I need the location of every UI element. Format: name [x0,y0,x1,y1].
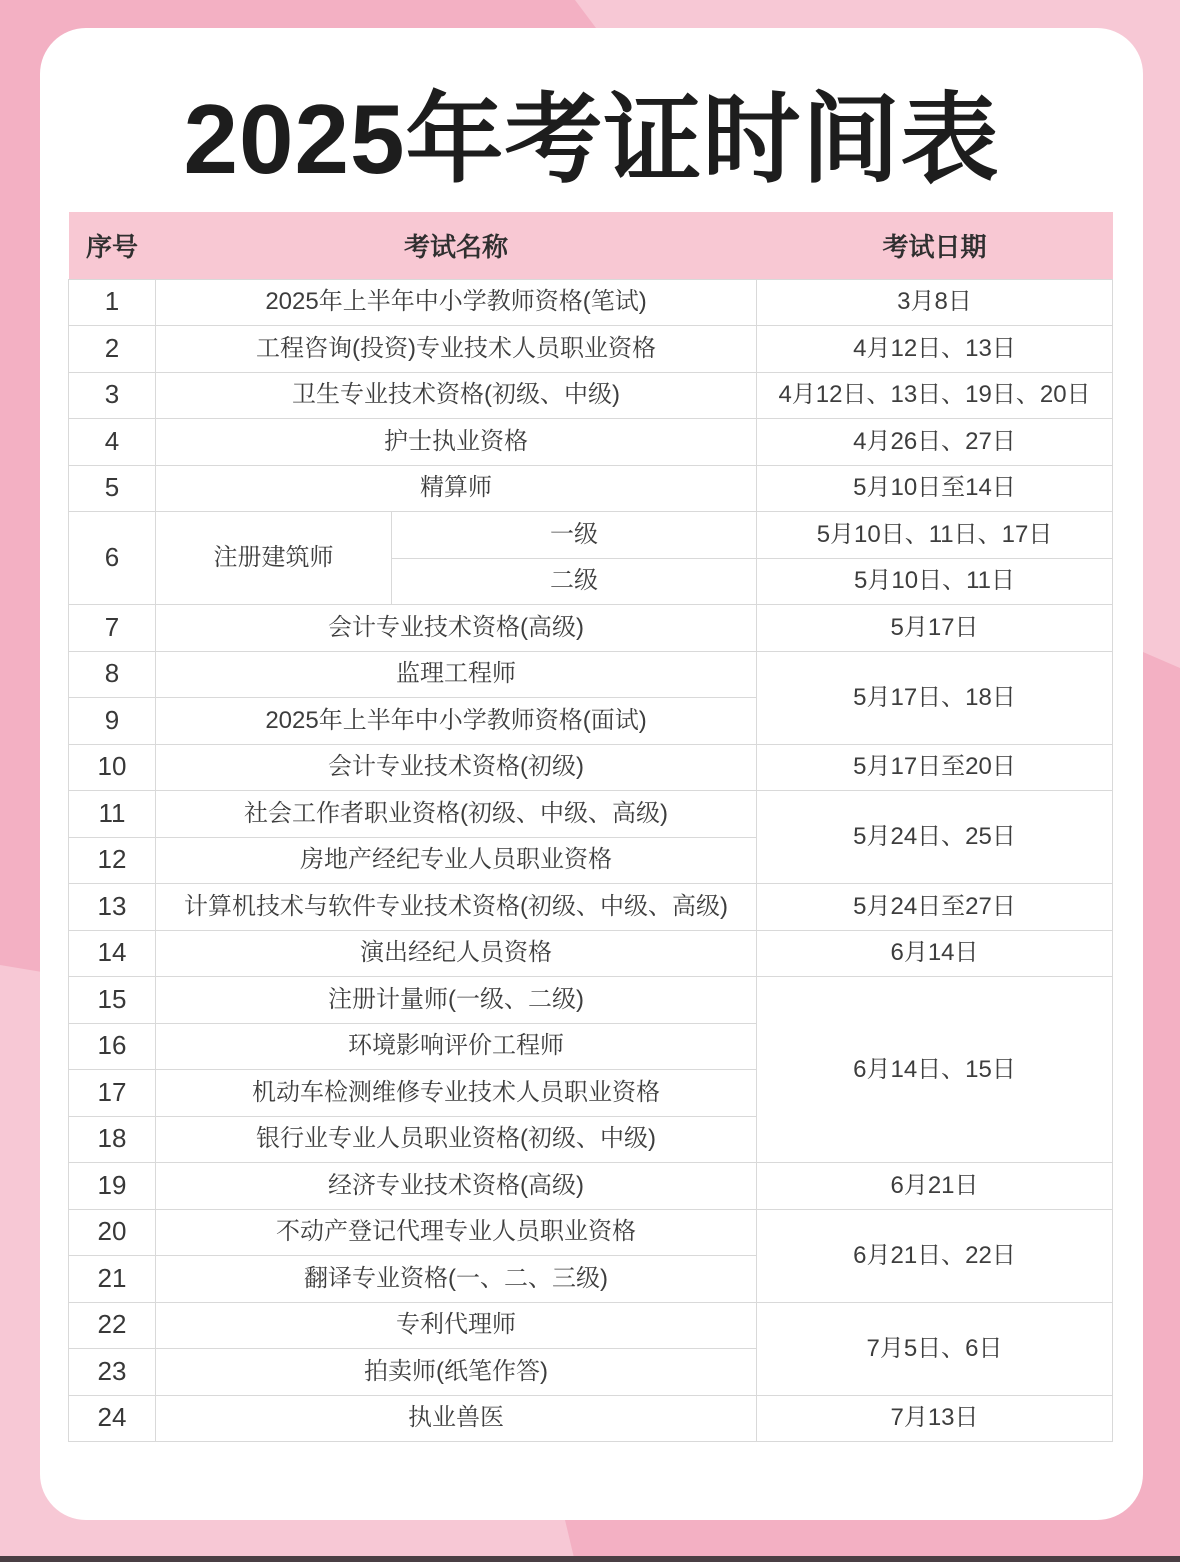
cell-exam-date: 4月12日、13日 [757,326,1113,373]
cell-row-number: 9 [69,698,156,745]
cell-row-number: 16 [69,1023,156,1070]
content-card: 2025年考证时间表 序号 考试名称 考试日期 1 2025年上半年中小学教师资… [40,28,1143,1520]
table-row: 13 计算机技术与软件专业技术资格(初级、中级、高级) 5月24日至27日 [69,884,1113,931]
cell-row-number: 19 [69,1163,156,1210]
cell-exam-date: 5月17日至20日 [757,744,1113,791]
cell-row-number: 10 [69,744,156,791]
cell-row-number: 11 [69,791,156,838]
cell-exam-date: 5月24日、25日 [757,791,1113,884]
cell-exam-sublevel: 二级 [392,558,757,605]
cell-row-number: 14 [69,930,156,977]
table-row: 19 经济专业技术资格(高级) 6月21日 [69,1163,1113,1210]
cell-exam-name: 社会工作者职业资格(初级、中级、高级) [156,791,757,838]
cell-row-number: 12 [69,837,156,884]
cell-exam-name: 2025年上半年中小学教师资格(笔试) [156,279,757,326]
cell-row-number: 20 [69,1209,156,1256]
table-row: 24 执业兽医 7月13日 [69,1395,1113,1442]
cell-exam-name: 翻译专业资格(一、二、三级) [156,1256,757,1303]
cell-exam-name: 卫生专业技术资格(初级、中级) [156,372,757,419]
table-row: 1 2025年上半年中小学教师资格(笔试) 3月8日 [69,279,1113,326]
cell-row-number: 2 [69,326,156,373]
cell-exam-date: 4月26日、27日 [757,419,1113,466]
cell-exam-date: 5月10日、11日 [757,558,1113,605]
cell-exam-date: 5月10日至14日 [757,465,1113,512]
cell-exam-date: 5月17日 [757,605,1113,652]
cell-row-number: 3 [69,372,156,419]
cell-exam-name: 不动产登记代理专业人员职业资格 [156,1209,757,1256]
cell-exam-date: 5月10日、11日、17日 [757,512,1113,559]
cell-row-number: 8 [69,651,156,698]
cell-exam-name: 经济专业技术资格(高级) [156,1163,757,1210]
cell-exam-date: 5月24日至27日 [757,884,1113,931]
cell-exam-name: 计算机技术与软件专业技术资格(初级、中级、高级) [156,884,757,931]
table-row: 3 卫生专业技术资格(初级、中级) 4月12日、13日、19日、20日 [69,372,1113,419]
cell-exam-name: 拍卖师(纸笔作答) [156,1349,757,1396]
table-row: 20 不动产登记代理专业人员职业资格 6月21日、22日 [69,1209,1113,1256]
cell-row-number: 5 [69,465,156,512]
cell-exam-name: 执业兽医 [156,1395,757,1442]
cell-exam-date: 6月14日 [757,930,1113,977]
cell-row-number: 24 [69,1395,156,1442]
cell-exam-date: 5月17日、18日 [757,651,1113,744]
cell-row-number: 4 [69,419,156,466]
cell-row-number: 7 [69,605,156,652]
cell-exam-name: 精算师 [156,465,757,512]
cell-exam-name: 环境影响评价工程师 [156,1023,757,1070]
cell-exam-name: 专利代理师 [156,1302,757,1349]
cell-row-number: 17 [69,1070,156,1117]
cell-exam-name: 会计专业技术资格(高级) [156,605,757,652]
cell-exam-date: 4月12日、13日、19日、20日 [757,372,1113,419]
cell-exam-date: 6月14日、15日 [757,977,1113,1163]
cell-exam-name: 房地产经纪专业人员职业资格 [156,837,757,884]
cell-exam-date: 3月8日 [757,279,1113,326]
cell-exam-date: 6月21日 [757,1163,1113,1210]
cell-exam-name: 演出经纪人员资格 [156,930,757,977]
table-row: 10 会计专业技术资格(初级) 5月17日至20日 [69,744,1113,791]
cell-exam-name: 监理工程师 [156,651,757,698]
table-row: 8 监理工程师 5月17日、18日 [69,651,1113,698]
header-row: 序号 考试名称 考试日期 [69,212,1113,279]
bottom-edge-bar [0,1556,1180,1562]
table-row: 6 注册建筑师 一级 5月10日、11日、17日 [69,512,1113,559]
table-row: 15 注册计量师(一级、二级) 6月14日、15日 [69,977,1113,1024]
cell-exam-name: 会计专业技术资格(初级) [156,744,757,791]
table-row: 22 专利代理师 7月5日、6日 [69,1302,1113,1349]
cell-row-number: 22 [69,1302,156,1349]
table-row: 5 精算师 5月10日至14日 [69,465,1113,512]
table-row: 11 社会工作者职业资格(初级、中级、高级) 5月24日、25日 [69,791,1113,838]
cell-exam-name: 护士执业资格 [156,419,757,466]
table-row: 4 护士执业资格 4月26日、27日 [69,419,1113,466]
cell-exam-sublevel: 一级 [392,512,757,559]
col-header-name: 考试名称 [156,212,757,279]
cell-exam-name: 注册建筑师 [156,512,392,605]
cell-row-number: 23 [69,1349,156,1396]
col-header-date: 考试日期 [757,212,1113,279]
cell-exam-name: 2025年上半年中小学教师资格(面试) [156,698,757,745]
cell-row-number: 15 [69,977,156,1024]
cell-exam-date: 6月21日、22日 [757,1209,1113,1302]
table-row: 7 会计专业技术资格(高级) 5月17日 [69,605,1113,652]
cell-row-number: 6 [69,512,156,605]
cell-exam-name: 机动车检测维修专业技术人员职业资格 [156,1070,757,1117]
cell-row-number: 21 [69,1256,156,1303]
cell-row-number: 13 [69,884,156,931]
col-header-no: 序号 [69,212,156,279]
exam-schedule-table: 序号 考试名称 考试日期 1 2025年上半年中小学教师资格(笔试) 3月8日 … [68,212,1113,1442]
cell-row-number: 1 [69,279,156,326]
cell-exam-name: 银行业专业人员职业资格(初级、中级) [156,1116,757,1163]
cell-exam-date: 7月13日 [757,1395,1113,1442]
cell-row-number: 18 [69,1116,156,1163]
table-row: 2 工程咨询(投资)专业技术人员职业资格 4月12日、13日 [69,326,1113,373]
cell-exam-name: 工程咨询(投资)专业技术人员职业资格 [156,326,757,373]
cell-exam-date: 7月5日、6日 [757,1302,1113,1395]
page-title: 2025年考证时间表 [40,88,1143,191]
cell-exam-name: 注册计量师(一级、二级) [156,977,757,1024]
table-row: 14 演出经纪人员资格 6月14日 [69,930,1113,977]
